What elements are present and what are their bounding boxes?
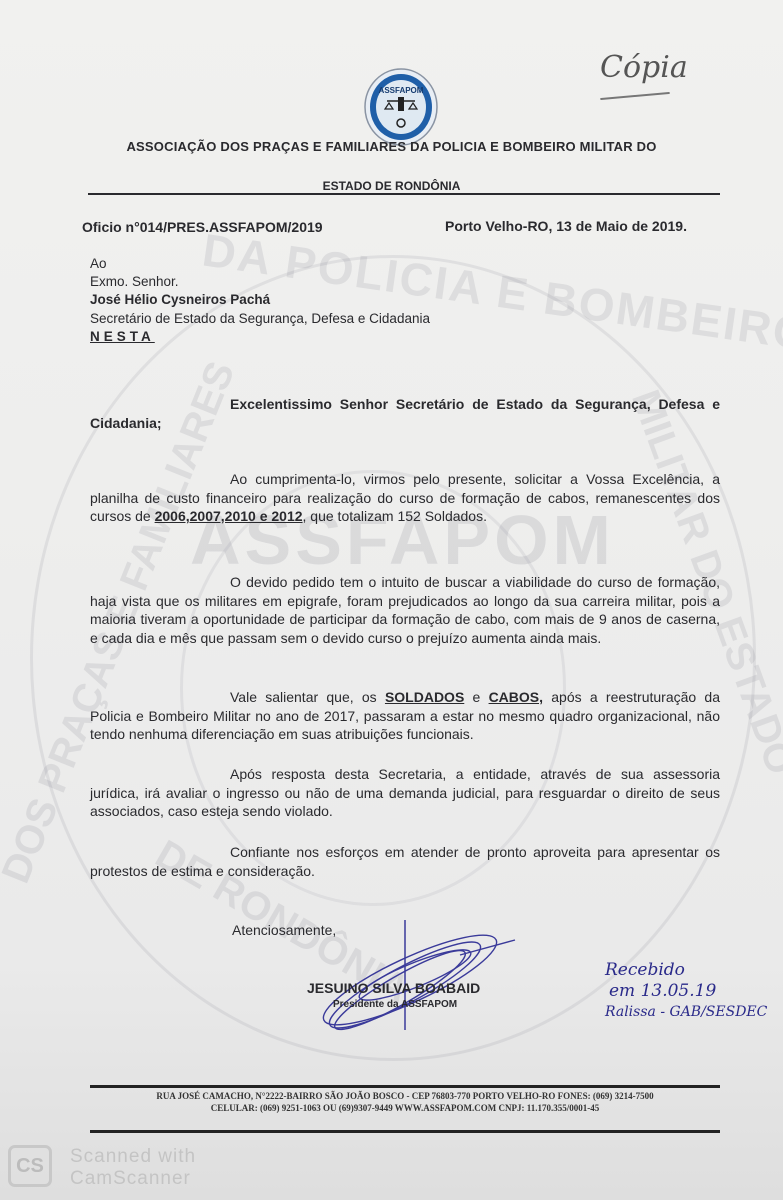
organization-state: ESTADO DE RONDÔNIA: [0, 179, 783, 193]
footer-divider-bottom: [90, 1130, 720, 1133]
paragraph-3: Vale salientar que, os SOLDADOS e CABOS,…: [90, 688, 720, 744]
recipient-name: José Hélio Cysneiros Pachá: [90, 292, 270, 307]
camscanner-logo-icon: CS: [8, 1145, 52, 1187]
recipient-title: Exmo. Senhor.: [90, 274, 179, 289]
receipt-line-2: em 13.05.19: [605, 981, 767, 1002]
paragraph-5: Confiante nos esforços em atender de pro…: [90, 843, 720, 880]
years-highlight: 2006,2007,2010 e 2012: [155, 508, 303, 524]
signature-scribble: [300, 920, 530, 1075]
signer-role: Presidente da ASSFAPOM: [333, 999, 457, 1010]
receipt-line-1: Recebido: [605, 960, 767, 981]
camscanner-label: Scanned with CamScanner: [70, 1146, 196, 1190]
footer-address: RUA JOSÉ CAMACHO, N°2222-BAIRRO SÃO JOÃO…: [90, 1091, 720, 1101]
paragraph-1: Ao cumprimenta-lo, virmos pelo presente,…: [90, 470, 720, 526]
footer-divider-top: [90, 1085, 720, 1088]
cabos-highlight: CABOS,: [489, 689, 543, 705]
paragraph-2: O devido pedido tem o intuito de buscar …: [90, 573, 720, 647]
assfapom-logo: ASSFAPOM: [363, 67, 439, 147]
receipt-note: Recebido em 13.05.19 Ralissa - GAB/SESDE…: [605, 960, 767, 1023]
soldados-highlight: SOLDADOS: [385, 689, 464, 705]
copy-note-underline: [600, 92, 670, 100]
recipient-to: Ao: [90, 256, 107, 271]
oficio-number: Oficio n°014/PRES.ASSFAPOM/2019: [82, 219, 323, 235]
handwritten-copy-note: Cópia: [600, 50, 688, 85]
organization-name: ASSOCIAÇÃO DOS PRAÇAS E FAMILIARES DA PO…: [0, 139, 783, 154]
recipient-nesta: NESTA: [90, 329, 155, 344]
salutation: Excelentissimo Senhor Secretário de Esta…: [90, 395, 720, 432]
receipt-line-3: Ralissa - GAB/SESDEC: [605, 1002, 767, 1023]
footer-contact: CELULAR: (069) 9251-1063 OU (69)9307-944…: [90, 1103, 720, 1113]
signer-name: JESUINO SILVA BOABAID: [307, 980, 480, 996]
logo-text: ASSFAPOM: [379, 86, 424, 95]
header-divider: [88, 193, 720, 195]
paragraph-4: Após resposta desta Secretaria, a entida…: [90, 765, 720, 821]
recipient-position: Secretário de Estado da Segurança, Defes…: [90, 311, 430, 326]
place-date: Porto Velho-RO, 13 de Maio de 2019.: [445, 218, 687, 234]
